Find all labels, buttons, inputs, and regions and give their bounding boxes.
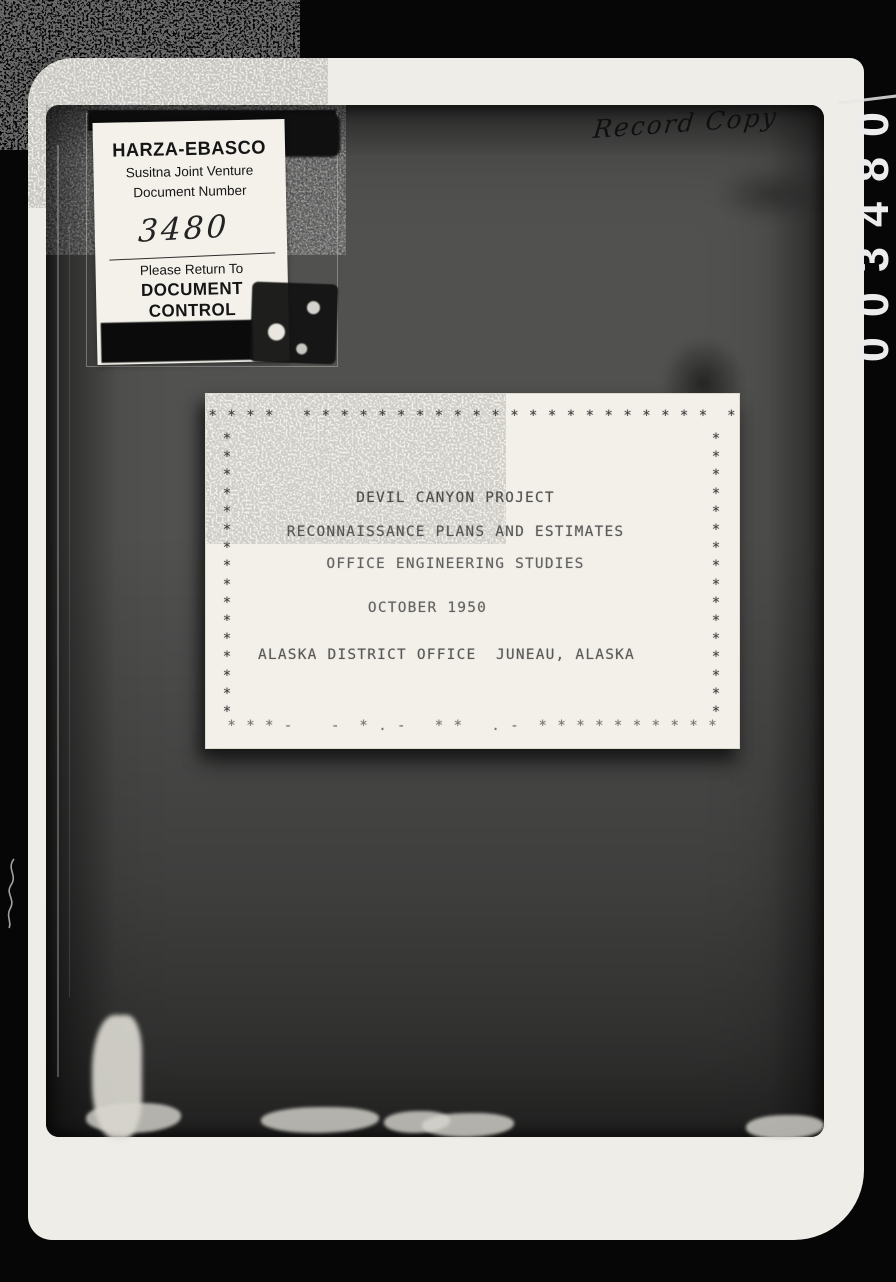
dark-stain-top	[698, 157, 843, 232]
sticker-doc-number-label: Document Number	[94, 182, 286, 201]
tape-smudge	[278, 113, 340, 157]
report-study-line: OFFICE ENGINEERING STUDIES	[206, 556, 705, 572]
office-location-row: ALASKA DISTRICT OFFICE JUNEAU, ALASKA	[258, 647, 635, 663]
tape-strip-bottom	[101, 320, 254, 363]
asterisk-border-right: * * * * * * * * * * * * * * * *	[707, 430, 725, 716]
spine-number: 003480	[852, 66, 894, 390]
office-city: JUNEAU, ALASKA	[496, 647, 635, 663]
sticker-rule-line	[109, 252, 275, 260]
asterisk-border-top: * * * * * * * * * * * * * * * * * * * * …	[206, 408, 739, 424]
bottom-wear-blotch	[261, 1107, 379, 1133]
bottom-wear-blotch	[86, 1103, 181, 1133]
report-title: DEVIL CANYON PROJECT	[206, 490, 705, 506]
asterisk-border-left: * * * * * * * * * * * * * * * *	[218, 430, 236, 716]
title-card: * * * * * * * * * * * * * * * * * * * * …	[205, 393, 740, 749]
spine-number-digits: 003480	[852, 66, 894, 388]
edge-pen-squiggle	[2, 855, 24, 930]
report-subtitle: RECONNAISSANCE PLANS AND ESTIMATES	[206, 524, 705, 540]
book-cover: HARZA-EBASCO Susitna Joint Venture Docum…	[46, 105, 824, 1137]
scanned-cover-page: HARZA-EBASCO Susitna Joint Venture Docum…	[0, 0, 896, 1282]
report-date: OCTOBER 1950	[206, 600, 649, 616]
scanned-page: HARZA-EBASCO Susitna Joint Venture Docum…	[28, 58, 864, 1240]
bottom-wear-blotch	[422, 1113, 514, 1137]
spine-crease-line-2	[69, 225, 70, 997]
handwritten-doc-number: 3480	[94, 206, 274, 252]
spine-crease-line	[57, 145, 59, 1077]
bottom-wear-blotch	[746, 1115, 824, 1139]
issuing-office: ALASKA DISTRICT OFFICE	[258, 647, 476, 663]
asterisk-border-bottom: * * * - - * . - * * . - * * * * * * * * …	[206, 718, 739, 734]
sticker-venture-name: Susitna Joint Venture	[93, 162, 285, 181]
handwritten-record-copy-note: Record Copy	[590, 99, 825, 166]
torn-tape-patch	[250, 282, 339, 365]
sticker-org-name: HARZA-EBASCO	[97, 137, 282, 163]
sticker-return-line: Please Return To	[95, 260, 287, 279]
